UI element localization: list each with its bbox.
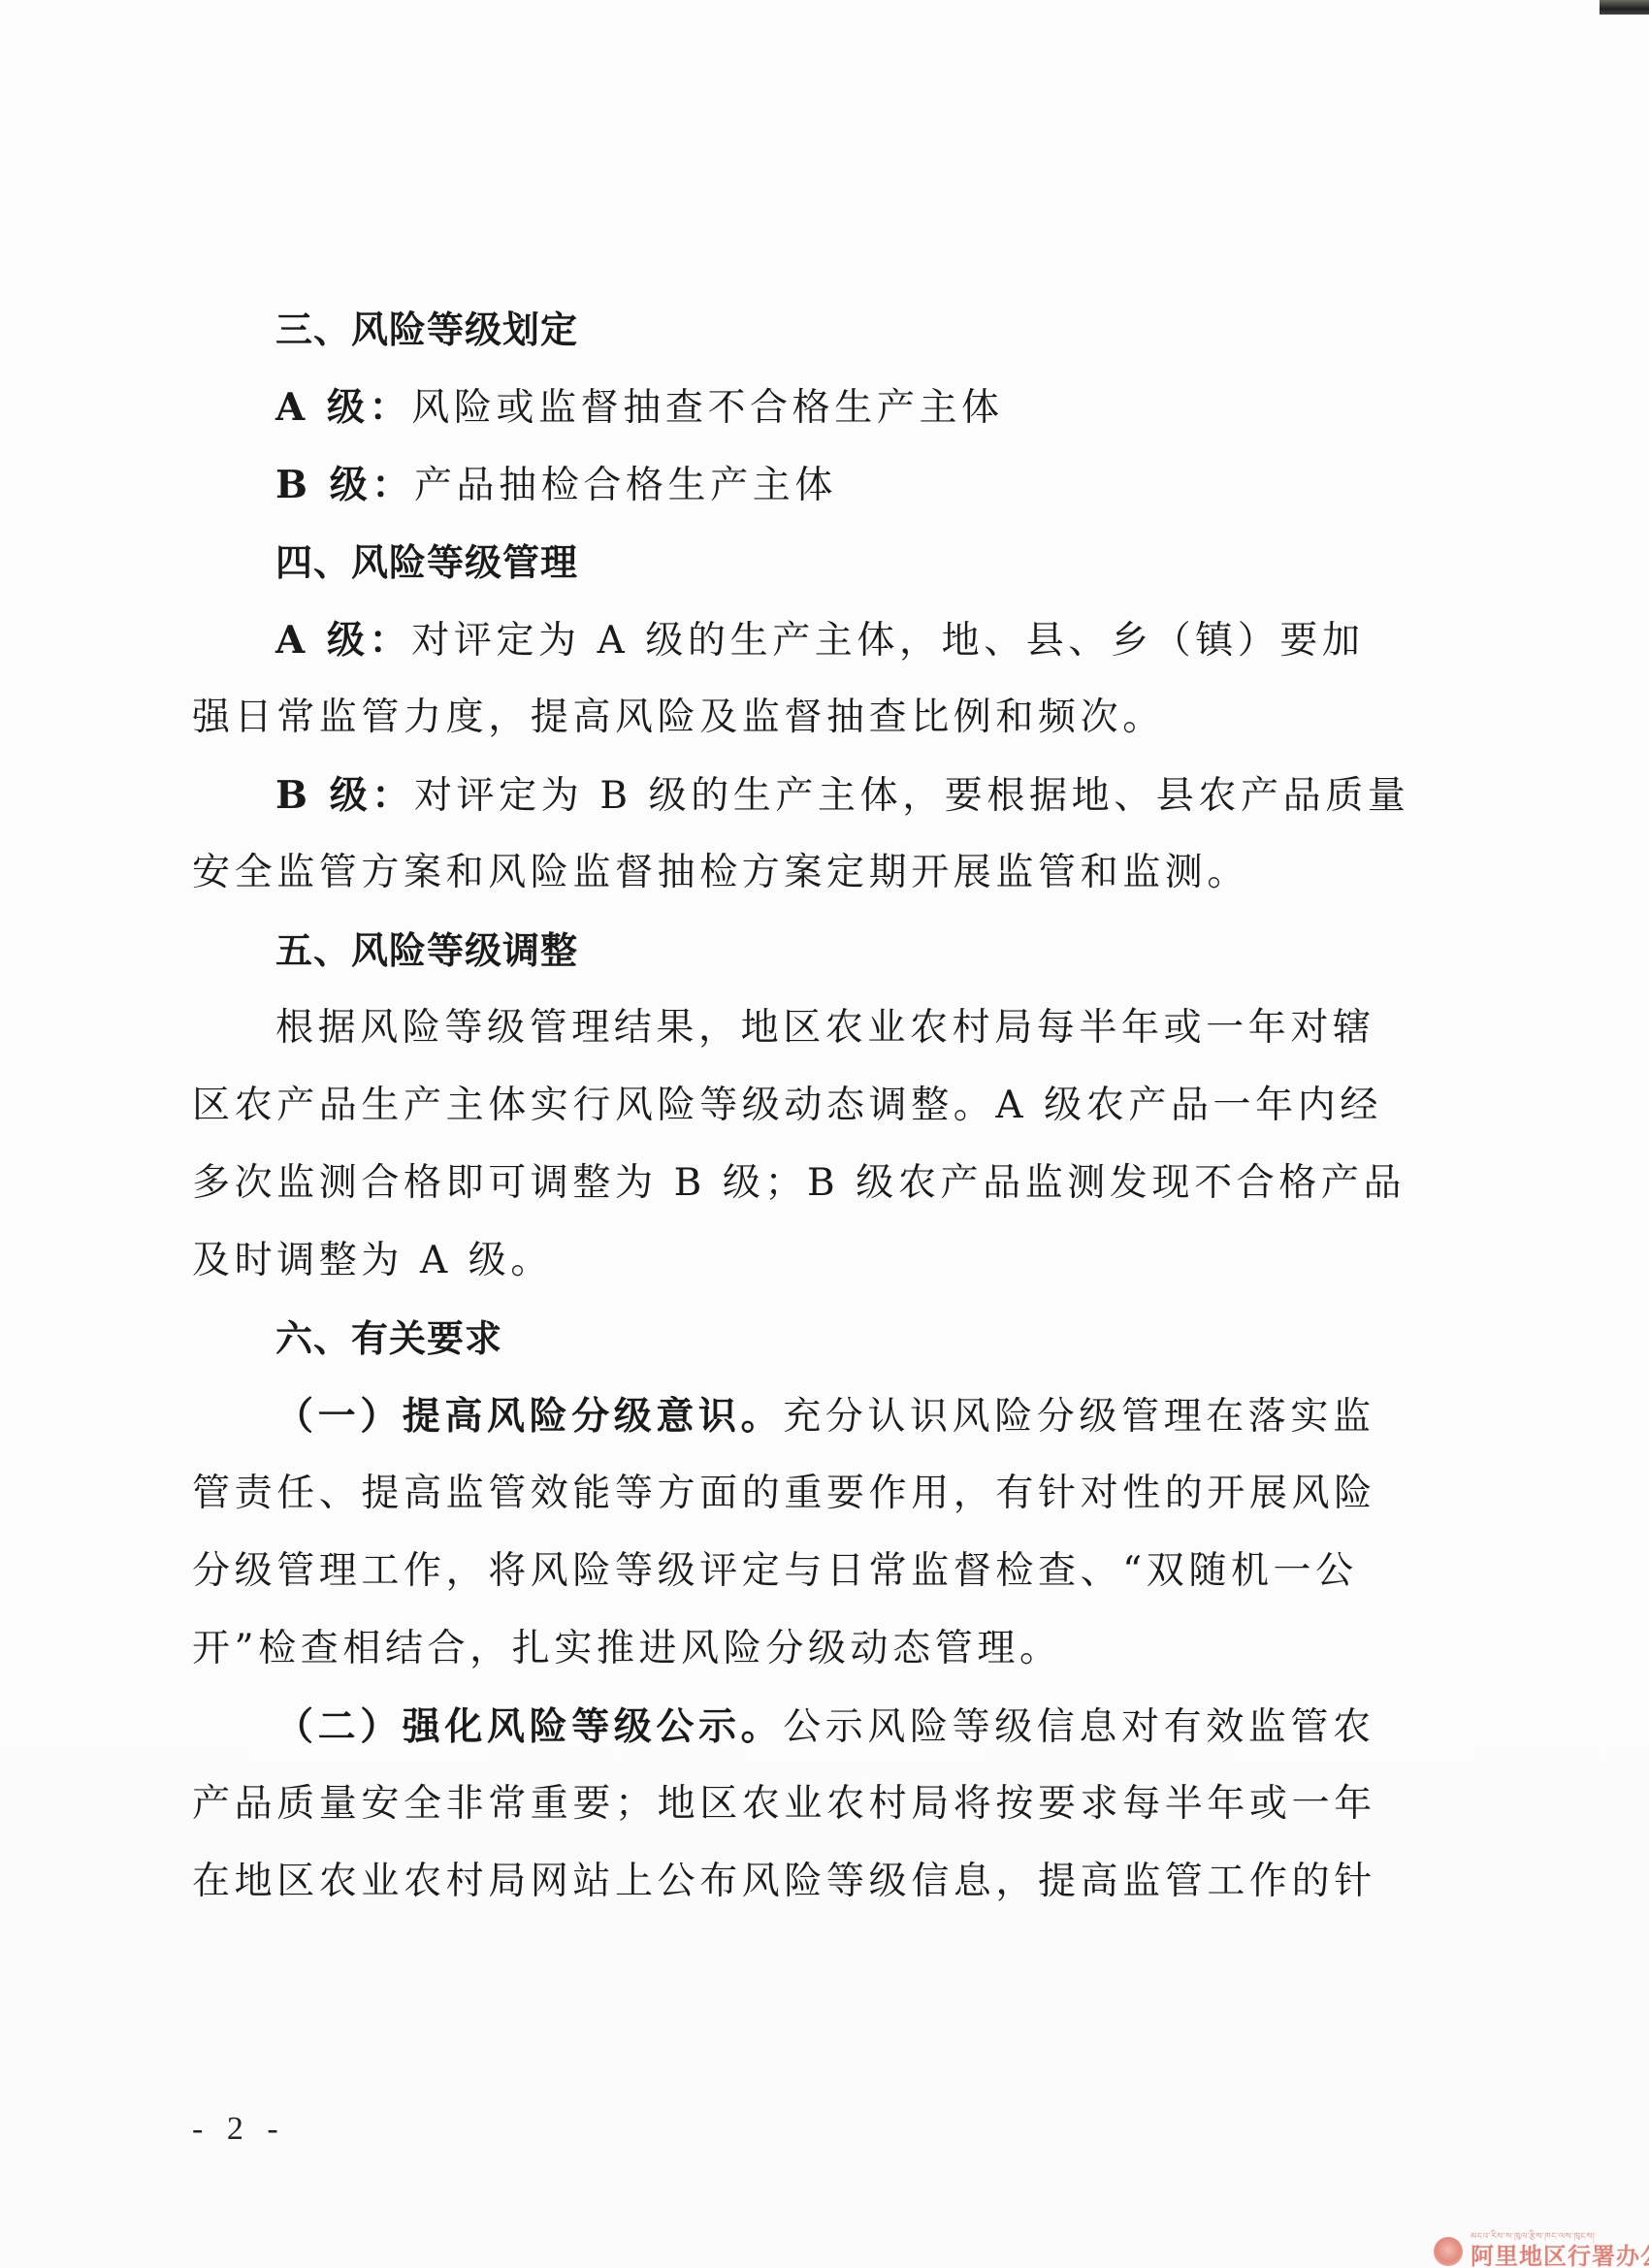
requirement-1-text-1: 充分认识风险分级管理在落实监 — [783, 1395, 1374, 1439]
grade-b-definition: B 级：产品抽检合格生产主体 — [275, 458, 837, 512]
grade-a-definition: A 级：风险或监督抽查不合格生产主体 — [275, 380, 1004, 435]
grade-b-management-line-1: B 级：对评定为 B 级的生产主体，要根据地、县农产品质量 — [275, 768, 1409, 823]
grade-b-management-line-2: 安全监管方案和风险监督抽检方案定期开展监管和监测。 — [192, 846, 1249, 900]
issuer-watermark: མངའ་རིས་ས་ཁུལ་རྩིས་ཁང་ལས་ཁུངས། 阿里地区行署办公室 — [1434, 2221, 1649, 2268]
national-emblem-icon — [1434, 2237, 1463, 2266]
adjustment-paragraph-line-1: 根据风险等级管理结果，地区农业农村局每半年或一年对辖 — [275, 1001, 1375, 1055]
section-heading-3: 三、风险等级划定 — [275, 303, 578, 357]
requirement-1-line-4: 开”检查相结合，扎实推进风险分级动态管理。 — [192, 1622, 1062, 1676]
requirement-2-text-1: 公示风险等级信息对有效监管农 — [783, 1705, 1374, 1749]
grade-b-definition-text: 产品抽检合格生产主体 — [414, 464, 837, 507]
watermark-text: མངའ་རིས་ས་ཁུལ་རྩིས་ཁང་ལས་ཁུངས། 阿里地区行署办公室 — [1471, 2233, 1649, 2268]
watermark-tibetan-text: མངའ་རིས་ས་ཁུལ་རྩིས་ཁང་ལས་ཁུངས། — [1471, 2233, 1649, 2242]
requirement-2-line-2: 产品质量安全非常重要；地区农业农村局将按要求每半年或一年 — [192, 1777, 1376, 1831]
grade-a-definition-text: 风险或监督抽查不合格生产主体 — [411, 386, 1003, 430]
grade-b-management-text-1: 对评定为 B 级的生产主体，要根据地、县农产品质量 — [414, 774, 1409, 818]
scan-edge-artifact — [1600, 0, 1649, 15]
section-heading-5: 五、风险等级调整 — [275, 923, 578, 978]
document-page: 三、风险等级划定 A 级：风险或监督抽查不合格生产主体 B 级：产品抽检合格生产… — [0, 0, 1649, 2268]
requirement-1-line-3: 分级管理工作，将风险等级评定与日常监督检查、“双随机一公 — [192, 1544, 1358, 1599]
requirement-2-line-3: 在地区农业农村局网站上公布风险等级信息，提高监管工作的针 — [192, 1855, 1376, 1909]
section-heading-6: 六、有关要求 — [275, 1312, 502, 1366]
requirement-1-line-1: （一）提高风险分级意识。充分认识风险分级管理在落实监 — [275, 1389, 1375, 1443]
grade-b-label: B 级： — [275, 463, 414, 507]
page-number: - 2 - — [192, 2111, 286, 2148]
adjustment-paragraph-line-4: 及时调整为 A 级。 — [192, 1234, 553, 1288]
requirement-2-line-1: （二）强化风险等级公示。公示风险等级信息对有效监管农 — [275, 1700, 1375, 1754]
grade-a-management-line-1: A 级：对评定为 A 级的生产主体，地、县、乡（镇）要加 — [275, 613, 1365, 667]
adjustment-paragraph-line-3: 多次监测合格即可调整为 B 级；B 级农产品监测发现不合格产品 — [192, 1156, 1406, 1211]
grade-b-management-label: B 级： — [275, 773, 414, 818]
watermark-chinese-text: 阿里地区行署办公室 — [1471, 2245, 1649, 2268]
section-heading-4: 四、风险等级管理 — [275, 535, 578, 590]
adjustment-paragraph-line-2: 区农产品生产主体实行风险等级动态调整。A 级农产品一年内经 — [192, 1079, 1382, 1133]
grade-a-management-line-2: 强日常监管力度，提高风险及监督抽查比例和频次。 — [192, 691, 1165, 745]
grade-a-management-label: A 级： — [275, 618, 411, 663]
requirement-1-title: （一）提高风险分级意识。 — [275, 1394, 783, 1439]
requirement-2-title: （二）强化风险等级公示。 — [275, 1704, 783, 1749]
grade-a-management-text-1: 对评定为 A 级的生产主体，地、县、乡（镇）要加 — [411, 619, 1364, 663]
requirement-1-line-2: 管责任、提高监管效能等方面的重要作用，有针对性的开展风险 — [192, 1467, 1376, 1521]
grade-a-label: A 级： — [275, 385, 411, 430]
